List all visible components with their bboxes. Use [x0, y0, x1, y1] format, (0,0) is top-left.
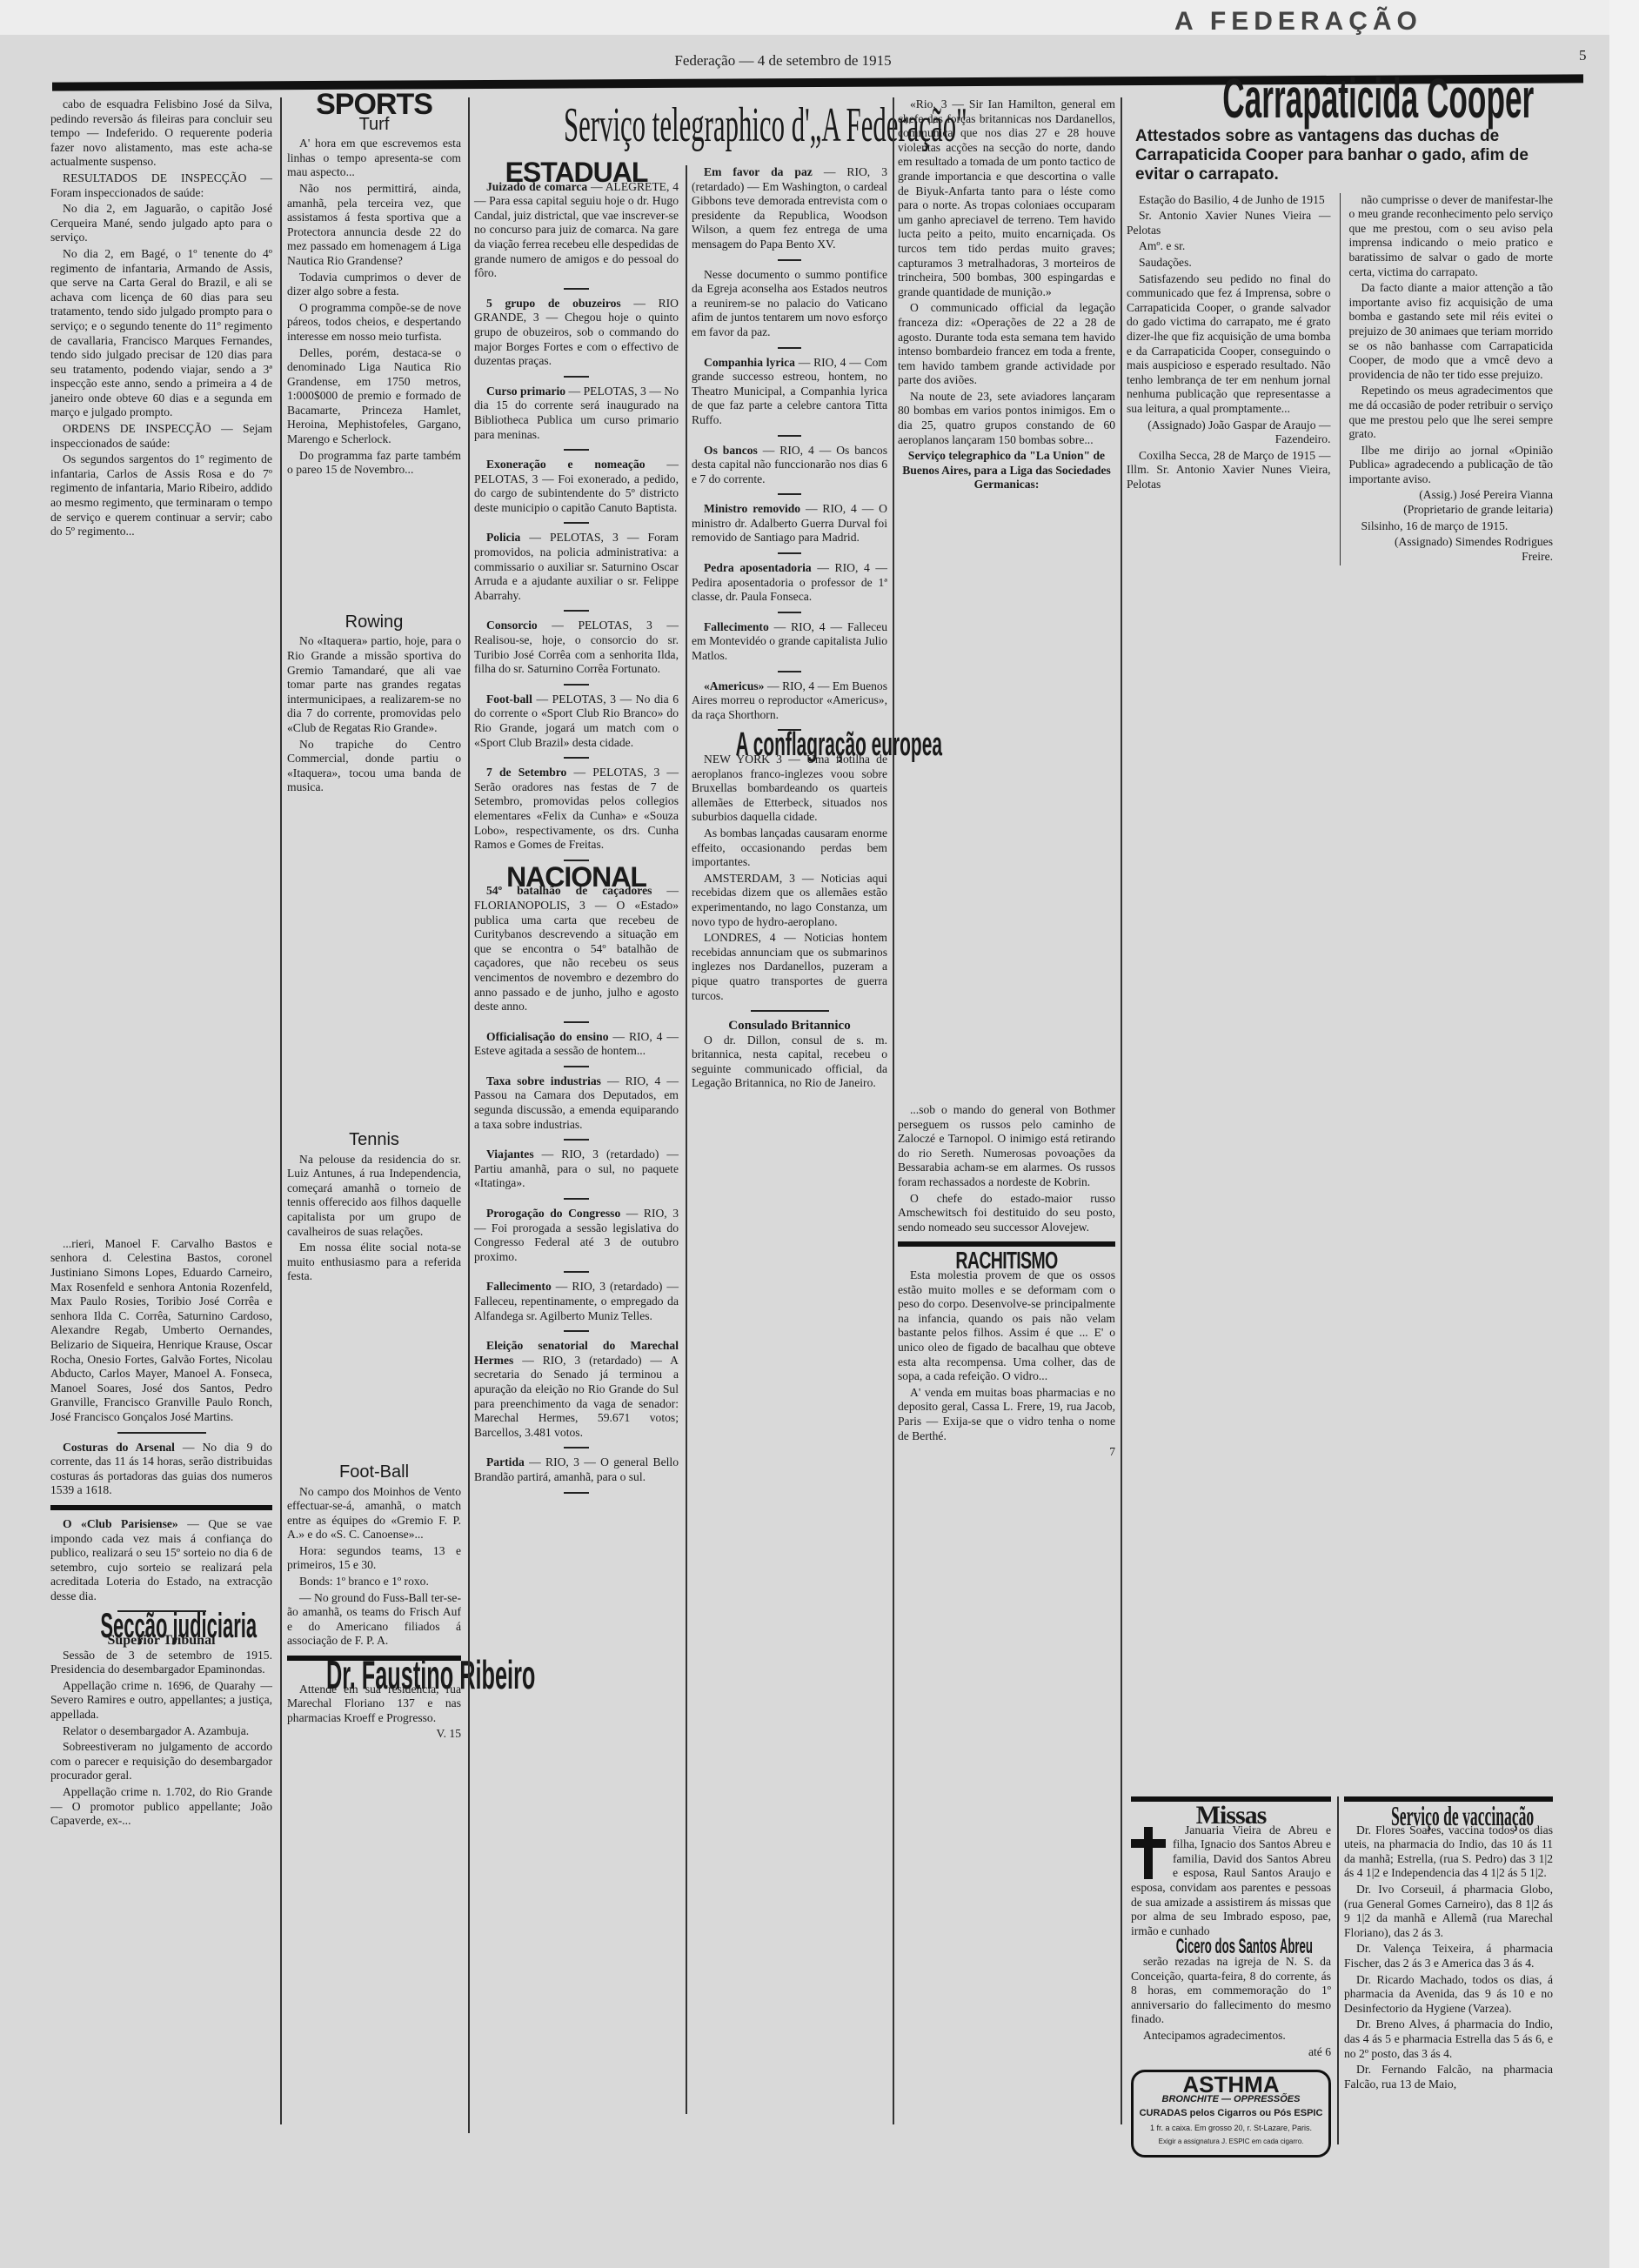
paragraph: Appellação crime n. 1.702, do Rio Grande…: [50, 1785, 272, 1829]
news-item: Policia — PELOTAS, 3 — Foram promovidos,…: [474, 531, 679, 603]
news-item-title: Policia: [486, 531, 529, 544]
nacional-items: 54º batalhão de caçadores — FLORIANOPOLI…: [474, 884, 679, 1493]
news-item-title: «Americus»: [704, 679, 767, 692]
estadual-title: ESTADUAL: [474, 165, 679, 180]
separator: [751, 1010, 829, 1012]
news-item: Fallecimento — RIO, 3 (retardado) — Fall…: [474, 1280, 679, 1323]
paragraph: Não nos permittirá, ainda, amanhã, pela …: [287, 182, 461, 269]
separator: [778, 435, 801, 437]
news-item-title: Fallecimento: [704, 620, 774, 633]
letter-2-signature: (Assig.) José Pereira Vianna (Proprietar…: [1349, 488, 1554, 517]
news-item: 5 grupo de obuzeiros — RIO GRANDE, 3 — C…: [474, 297, 679, 369]
estadual-items: Juizado de comarca — ALEGRETE, 4 — Para …: [474, 180, 679, 861]
news-item-text: — ALEGRETE, 4 — Para essa capital seguiu…: [474, 180, 679, 280]
paragraph: Amº. e sr.: [1127, 239, 1331, 254]
news-item: Nesse documento o summo pontifice da Egr…: [692, 268, 887, 340]
paragraph: Repetindo os meus agradecimentos que me …: [1349, 384, 1554, 441]
separator: [564, 522, 588, 524]
separator: [778, 671, 801, 672]
paragraph: Dr. Valença Teixeira, á pharmacia Fische…: [1344, 1942, 1553, 1970]
paragraph: Saudações.: [1127, 256, 1331, 271]
thick-rule: [50, 1505, 272, 1510]
tennis-body: Na pelouse da residencia do sr. Luiz Ant…: [287, 1153, 461, 1284]
missas-title: Missas: [1131, 1809, 1331, 1823]
news-item-title: Em favor da paz: [704, 165, 824, 178]
news-item-title: Juizado de comarca: [486, 180, 591, 193]
paragraph: No trapiche do Centro Commercial, donde …: [287, 738, 461, 795]
judiciaria-body: Sessão de 3 de setembro de 1915. Preside…: [50, 1649, 272, 1829]
news-item: Ministro removido — RIO, 4 — O ministro …: [692, 502, 887, 545]
football-body: No campo dos Moinhos de Vento effectuar-…: [287, 1485, 461, 1649]
vacinacao-title: Serviço de vaccinação: [1391, 1809, 1506, 1823]
paragraph: Relator o desembargador A. Azambuja.: [50, 1724, 272, 1739]
news-item: Prorogação do Congresso — RIO, 3 — Foi p…: [474, 1207, 679, 1264]
rowing-body: No «Itaquera» partio, hoje, para o Rio G…: [287, 634, 461, 795]
news-item-title: Taxa sobre industrias: [486, 1074, 607, 1087]
letter-3-signature: Silsinho, 16 de março de 1915.: [1349, 519, 1554, 534]
news-item-title: Prorogação do Congresso: [486, 1207, 626, 1220]
paragraph: Dr. Ricardo Machado, todos os dias, á ph…: [1344, 1973, 1553, 2017]
rachitismo-code: 7: [898, 1445, 1115, 1460]
separator: [564, 1139, 588, 1141]
asthma-line-1: BRONCHITE — OPPRESSÕES: [1139, 2092, 1323, 2107]
faustino-ad-code: V. 15: [287, 1727, 461, 1742]
vacinacao-notice: Serviço de vaccinação Dr. Flores Soares,…: [1344, 1796, 1553, 2093]
separator: [564, 449, 588, 451]
news-item-title: Os bancos: [704, 444, 763, 457]
letter-3-heading: Coxilha Secca, 28 de Março de 1915 — Ill…: [1127, 449, 1331, 492]
paragraph: O communicado official da legação france…: [898, 301, 1115, 388]
paragraph: Dr. Fernando Falcão, na pharmacia Falcão…: [1344, 2063, 1553, 2091]
conflagracao-body: NEW YORK 3 — Uma flotilha de aeroplanos …: [692, 753, 887, 1003]
separator: [564, 1021, 588, 1023]
rachitismo-title: RACHITISMO: [931, 1254, 1083, 1268]
judiciaria-title: Secção judiciaria: [100, 1619, 222, 1634]
news-item: Eleição senatorial do Marechal Hermes — …: [474, 1339, 679, 1440]
paragraph: Satisfazendo seu pedido no final do comm…: [1127, 272, 1331, 417]
separator: [778, 259, 801, 261]
paragraph: Em nossa élite social nota-se muito enth…: [287, 1241, 461, 1284]
news-item: Foot-ball — PELOTAS, 3 — No dia 6 do cor…: [474, 692, 679, 750]
letter-1: Estação do Basilio, 4 de Junho de 1915Sr…: [1127, 193, 1331, 417]
missas-thanks: Antecipamos agradecimentos.: [1131, 2029, 1331, 2044]
column-rule: [686, 165, 687, 2114]
club-title: O «Club Parisiense»: [63, 1517, 178, 1530]
column-rule: [1337, 1796, 1339, 2144]
cooper-letters: Estação do Basilio, 4 de Junho de 1915Sr…: [1127, 193, 1553, 566]
news-item-title: Exoneração e nomeação: [486, 458, 666, 471]
column-sports: SPORTS Turf A' hora em que escrevemos es…: [287, 97, 461, 1742]
news-item: Em favor da paz — RIO, 3 (retardado) — E…: [692, 165, 887, 252]
separator: [778, 347, 801, 349]
paragraph: Na pelouse da residencia do sr. Luiz Ant…: [287, 1153, 461, 1240]
sports-title: SPORTS: [287, 97, 461, 112]
news-item: Curso primario — PELOTAS, 3 — No dia 15 …: [474, 385, 679, 442]
column-spacer: [287, 1286, 461, 1460]
news-item: Juizado de comarca — ALEGRETE, 4 — Para …: [474, 180, 679, 281]
paragraph: Delles, porém, destaca-se o denominado L…: [287, 346, 461, 447]
paragraph: Ilbe me dirijo ao jornal «Opinião Public…: [1349, 444, 1554, 487]
news-item-title: Consorcio: [486, 619, 552, 632]
news-item: Partida — RIO, 3 — O general Bello Brand…: [474, 1455, 679, 1484]
news-item-title: Officialisação do ensino: [486, 1030, 612, 1043]
page-margin: [1609, 0, 1639, 2268]
paragraph: Todavia cumprimos o dever de dizer algo …: [287, 271, 461, 299]
column-spacer: [50, 541, 272, 1237]
football-title: Foot-Ball: [287, 1465, 461, 1480]
column-rule: [1340, 193, 1341, 566]
page-number: 5: [1579, 47, 1587, 64]
news-item-title: Curso primario: [486, 385, 569, 398]
paragraph: não cumprisse o dever de manifestar-lhe …: [1349, 193, 1554, 280]
newspaper-page: A FEDERAÇÃO Federação — 4 de setembro de…: [0, 0, 1609, 2268]
separator: [778, 552, 801, 554]
top-margin: A FEDERAÇÃO: [0, 0, 1609, 35]
column-spacer: [898, 494, 1115, 1103]
la-union-title: Serviço telegraphico da "La Union" de Bu…: [898, 449, 1115, 492]
news-item: Companhia lyrica — RIO, 4 — Com grande s…: [692, 356, 887, 428]
news-item: Pedra aposentadoria — RIO, 4 — Pedira ap…: [692, 561, 887, 605]
news-item: Fallecimento — RIO, 4 — Falleceu em Mont…: [692, 620, 887, 664]
paragraph: As bombas lançadas causaram enorme effei…: [692, 826, 887, 870]
paragraph: Sr. Antonio Xavier Nunes Vieira — Pelota…: [1127, 209, 1331, 238]
news-item-title: Ministro removido: [704, 502, 806, 515]
cooper-letter-right: não cumprisse o dever de manifestar-lhe …: [1349, 193, 1554, 566]
telegraph-banner: Serviço telegraphico d'„A Federação": [564, 97, 793, 153]
news-item-text: Nesse documento o summo pontifice da Egr…: [692, 268, 887, 338]
separator: [564, 288, 588, 290]
paragraph: No «Itaquera» partio, hoje, para o Rio G…: [287, 634, 461, 735]
military-notes: cabo de esquadra Felisbino José da Silva…: [50, 97, 272, 539]
paragraph: Na noute de 23, sete aviadores lançaram …: [898, 390, 1115, 447]
separator: [778, 493, 801, 495]
asthma-line-2: CURADAS pelos Cigarros ou Pós ESPIC: [1139, 2106, 1323, 2121]
separator: [564, 610, 588, 612]
faustino-ad-title: Dr. Faustino Ribeiro: [326, 1668, 422, 1683]
news-item: Taxa sobre industrias — RIO, 4 — Passou …: [474, 1074, 679, 1132]
rachitismo-text: Esta molestia provem de que os ossos est…: [898, 1268, 1115, 1384]
news-item-title: Viajantes: [486, 1147, 542, 1161]
war-news-tail: ...sob o mando do general von Bothmer pe…: [898, 1103, 1115, 1234]
telegraph-banner-wrap: Serviço telegraphico d'„A Federação": [470, 97, 887, 153]
asthma-ad: ASTHMA BRONCHITE — OPPRESSÕES CURADAS pe…: [1131, 2070, 1331, 2158]
nacional-title: NACIONAL: [474, 870, 679, 885]
news-item-title: 7 de Setembro: [486, 766, 574, 779]
news-item-title: Partida: [486, 1455, 529, 1469]
separator: [564, 376, 588, 378]
separator: [564, 1447, 588, 1448]
missas-code: até 6: [1131, 2045, 1331, 2060]
deceased-name: Cicero dos Santos Abreu: [1176, 1940, 1287, 1955]
letter-4-signature: (Assignado) Simendes Rodrigues Freire.: [1349, 535, 1554, 564]
paragraph: A' hora em que escrevemos esta linhas o …: [287, 137, 461, 180]
separator: [564, 1492, 588, 1494]
column-military: cabo de esquadra Felisbino José da Silva…: [50, 97, 272, 1830]
separator: [564, 1066, 588, 1067]
letter-1-signature: (Assignado) João Gaspar de Araujo — Faze…: [1127, 418, 1331, 447]
cooper-ad: Carrapaticida Cooper Attestados sobre as…: [1127, 91, 1553, 565]
paragraph: No campo dos Moinhos de Vento effectuar-…: [287, 1485, 461, 1542]
paragraph: No dia 2, em Bagé, o 1º tenente do 4º re…: [50, 247, 272, 420]
paragraph: Da facto diante a maior attenção a tão i…: [1349, 281, 1554, 382]
paragraph: RESULTADOS DE INSPECÇÃO — Foram inspecci…: [50, 171, 272, 200]
paragraph: — No ground do Fuss-Ball ter-se-ão amanh…: [287, 1591, 461, 1649]
paragraph: Hora: segundos teams, 13 e primeiros, 15…: [287, 1544, 461, 1573]
news-item-title: Companhia lyrica: [704, 356, 799, 369]
asthma-title: ASTHMA: [1139, 2077, 1323, 2092]
cooper-title: Carrapaticida Cooper: [1222, 91, 1457, 106]
separator: [564, 757, 588, 759]
conflagracao-title: A conflagração europea: [736, 738, 844, 753]
paragraph: O chefe do estado-maior russo Amschewits…: [898, 1192, 1115, 1235]
letter-2: não cumprisse o dever de manifestar-lhe …: [1349, 193, 1554, 487]
cross-icon: [1131, 1827, 1166, 1879]
column-rule: [1121, 97, 1122, 2124]
column-rule: [468, 97, 470, 2133]
paragraph: Do programma faz parte também o pareo 15…: [287, 449, 461, 478]
war-news-body: «Rio, 3 — Sir Ian Hamilton, general em c…: [898, 97, 1115, 447]
column-war-news: «Rio, 3 — Sir Ian Hamilton, general em c…: [898, 97, 1115, 1460]
paragraph: Estação do Basilio, 4 de Junho de 1915: [1127, 193, 1331, 208]
missas-notice: Missas Januaria Vieira de Abreu e filha,…: [1131, 1796, 1331, 2158]
column-estadual: ESTADUAL Juizado de comarca — ALEGRETE, …: [474, 165, 679, 1501]
rachitismo-sale: A' venda em muitas boas pharmacias e no …: [898, 1386, 1115, 1443]
cooper-subtitle: Attestados sobre as vantagens das duchas…: [1135, 127, 1544, 184]
rowing-title: Rowing: [287, 615, 461, 630]
news-item: 7 de Setembro — PELOTAS, 3 — Serão orado…: [474, 766, 679, 853]
news-item-title: Fallecimento: [486, 1280, 556, 1293]
paragraph: Dr. Ivo Corseuil, á pharmacia Globo, (ru…: [1344, 1883, 1553, 1940]
missas-text-2: serão rezadas na igreja de N. S. da Conc…: [1131, 1955, 1331, 2027]
turf-title: Turf: [287, 117, 461, 132]
column-telegraph: Em favor da paz — RIO, 3 (retardado) — E…: [692, 165, 887, 1093]
column-rule: [893, 97, 894, 2124]
paragraph: Dr. Flores Soares, vaccina todos os dias…: [1344, 1823, 1553, 1881]
column-rule: [280, 97, 282, 2124]
paragraph: No dia 2, em Jaguarão, o capitão José Ce…: [50, 202, 272, 245]
turf-body: A' hora em que escrevemos esta linhas o …: [287, 137, 461, 478]
separator: [564, 1198, 588, 1200]
separator: [564, 684, 588, 686]
news-item-title: Foot-ball: [486, 692, 536, 706]
news-item-title: 54º batalhão de caçadores: [486, 884, 666, 897]
news-item: Exoneração e nomeação — PELOTAS, 3 — Foi…: [474, 458, 679, 515]
separator: [564, 1330, 588, 1332]
paragraph: Sessão de 3 de setembro de 1915. Preside…: [50, 1649, 272, 1677]
paragraph: Bonds: 1º branco e 1º roxo.: [287, 1575, 461, 1589]
paragraph: Dr. Breno Alves, á pharmacia do Indio, d…: [1344, 2017, 1553, 2061]
column-spacer: [287, 797, 461, 1127]
paragraph: O programma compõe-se de nove páreos, to…: [287, 301, 461, 345]
column-spacer: [287, 479, 461, 610]
masthead-banner: A FEDERAÇÃO: [1174, 7, 1422, 37]
paragraph: LONDRES, 4 — Noticias hontem recebidas a…: [692, 931, 887, 1003]
separator: [778, 612, 801, 613]
news-item: 54º batalhão de caçadores — FLORIANOPOLI…: [474, 884, 679, 1014]
passengers-list: ...rieri, Manoel F. Carvalho Bastos e se…: [50, 1237, 272, 1425]
news-item: Consorcio — PELOTAS, 3 — Realisou-se, ho…: [474, 619, 679, 676]
news-item: Os bancos — RIO, 4 — Os bancos desta cap…: [692, 444, 887, 487]
consulado-text: O dr. Dillon, consul de s. m. britannica…: [692, 1034, 887, 1091]
news-item-title: Pedra aposentadoria: [704, 561, 817, 574]
news-item: «Americus» — RIO, 4 — Em Buenos Aires mo…: [692, 679, 887, 723]
separator: [564, 1271, 588, 1273]
news-item-title: 5 grupo de obuzeiros: [486, 297, 633, 310]
paragraph: AMSTERDAM, 3 — Noticias aqui recebidas d…: [692, 872, 887, 929]
news-item-text: — FLORIANOPOLIS, 3 — O «Estado» publica …: [474, 884, 679, 1013]
separator: [117, 1432, 206, 1434]
asthma-line-3: 1 fr. a caixa. Em grosso 20, r. St-Lazar…: [1139, 2121, 1323, 2136]
tennis-title: Tennis: [287, 1133, 461, 1147]
paragraph: ORDENS DE INSPECÇÃO — Sejam inspeccionad…: [50, 422, 272, 451]
paragraph: NEW YORK 3 — Uma flotilha de aeroplanos …: [692, 753, 887, 825]
paragraph: Appellação crime n. 1696, de Quarahy — S…: [50, 1679, 272, 1723]
costuras-title: Costuras do Arsenal: [63, 1441, 175, 1454]
paragraph: ...sob o mando do general von Bothmer pe…: [898, 1103, 1115, 1190]
telegraph-items: Em favor da paz — RIO, 3 (retardado) — E…: [692, 165, 887, 731]
news-item: Officialisação do ensino — RIO, 4 — Este…: [474, 1030, 679, 1059]
news-item: Viajantes — RIO, 3 (retardado) — Partiu …: [474, 1147, 679, 1191]
paragraph: «Rio, 3 — Sir Ian Hamilton, general em c…: [898, 97, 1115, 299]
paragraph: Os segundos sargentos do 1º regimento de…: [50, 452, 272, 539]
consulado-title: Consulado Britannico: [692, 1019, 887, 1034]
cooper-letter-left: Estação do Basilio, 4 de Junho de 1915Sr…: [1127, 193, 1331, 566]
asthma-line-4: Exigir a assignatura J. ESPIC em cada ci…: [1139, 2135, 1323, 2150]
paragraph: Sobreestiveram no julgamento de accordo …: [50, 1740, 272, 1783]
vacinacao-body: Dr. Flores Soares, vaccina todos os dias…: [1344, 1823, 1553, 2092]
paragraph: cabo de esquadra Felisbino José da Silva…: [50, 97, 272, 170]
